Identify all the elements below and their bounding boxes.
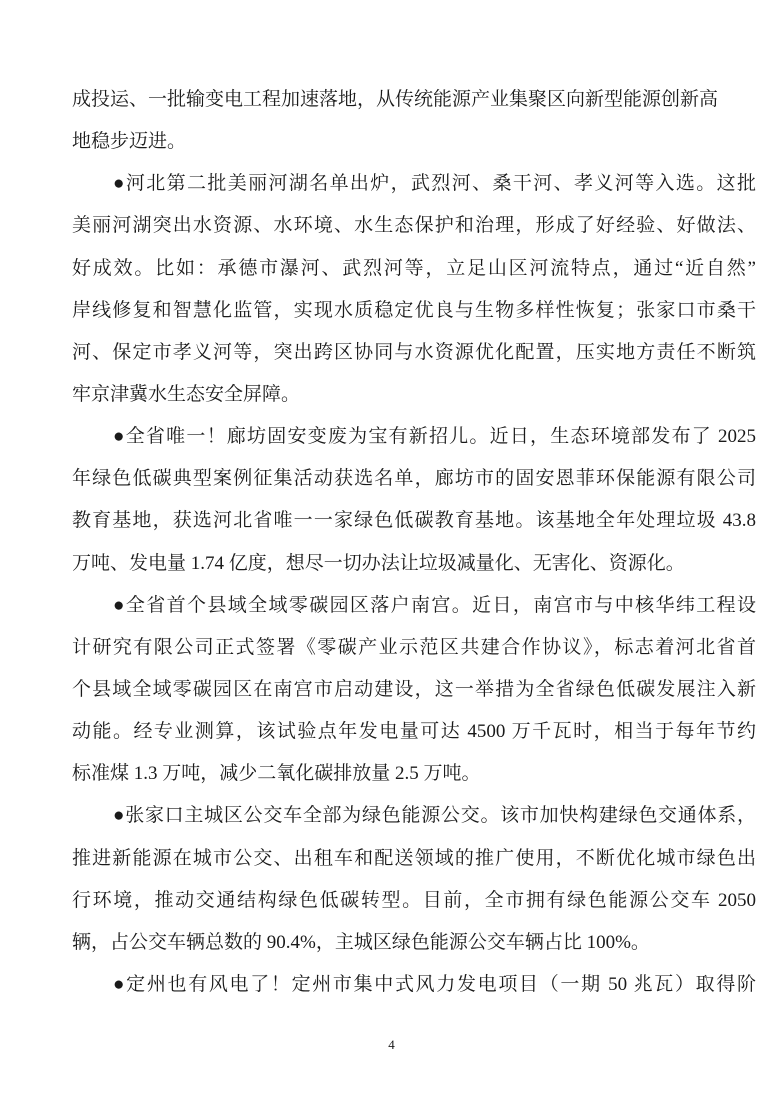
text-line: 动能。经专业测算，该试验点年发电量可达 4500 万千瓦时，相当于每年节约 xyxy=(72,711,756,753)
text-line: 好成效。比如：承德市瀑河、武烈河等，立足山区河流特点，通过“近自然” xyxy=(72,248,756,290)
page-body-text: 成投运、一批输变电工程加速落地，从传统能源产业集聚区向新型能源创新高地稳步迈进。… xyxy=(72,79,756,1006)
text-line: 牢京津冀水生态安全屏障。 xyxy=(72,374,756,416)
text-line: 计研究有限公司正式签署《零碳产业示范区共建合作协议》，标志着河北省首 xyxy=(72,627,756,669)
text-line: 个县域全域零碳园区在南宫市启动建设，这一举措为全省绿色低碳发展注入新 xyxy=(72,669,756,711)
text-line: ●全省首个县域全域零碳园区落户南宫。近日，南宫市与中核华纬工程设 xyxy=(72,585,756,627)
text-line: ●张家口主城区公交车全部为绿色能源公交。该市加快构建绿色交通体系， xyxy=(72,795,756,837)
text-line: 推进新能源在城市公交、出租车和配送领域的推广使用，不断优化城市绿色出 xyxy=(72,838,756,880)
text-line: 标准煤 1.3 万吨，减少二氧化碳排放量 2.5 万吨。 xyxy=(72,753,756,795)
text-line: 行环境，推动交通结构绿色低碳转型。目前，全市拥有绿色能源公交车 2050 xyxy=(72,880,756,922)
page-number: 4 xyxy=(0,1036,783,1054)
text-line: 万吨、发电量 1.74 亿度，想尽一切办法让垃圾减量化、无害化、资源化。 xyxy=(72,543,756,585)
text-line: ●全省唯一！廊坊固安变废为宝有新招儿。近日，生态环境部发布了 2025 xyxy=(72,416,756,458)
text-line: 辆，占公交车辆总数的 90.4%，主城区绿色能源公交车辆占比 100%。 xyxy=(72,922,756,964)
text-line: 地稳步迈进。 xyxy=(72,121,756,163)
text-line: ●定州也有风电了！定州市集中式风力发电项目（一期 50 兆瓦）取得阶 xyxy=(72,964,756,1006)
document-page: 成投运、一批输变电工程加速落地，从传统能源产业集聚区向新型能源创新高地稳步迈进。… xyxy=(0,0,783,1111)
text-line: 年绿色低碳典型案例征集活动获选名单，廊坊市的固安恩菲环保能源有限公司 xyxy=(72,458,756,500)
text-line: 岸线修复和智慧化监管，实现水质稳定优良与生物多样性恢复；张家口市桑干 xyxy=(72,290,756,332)
text-line: 成投运、一批输变电工程加速落地，从传统能源产业集聚区向新型能源创新高 xyxy=(72,79,756,121)
text-line: 教育基地，获选河北省唯一一家绿色低碳教育基地。该基地全年处理垃圾 43.8 xyxy=(72,500,756,542)
text-line: ●河北第二批美丽河湖名单出炉，武烈河、桑干河、孝义河等入选。这批 xyxy=(72,163,756,205)
text-line: 美丽河湖突出水资源、水环境、水生态保护和治理，形成了好经验、好做法、 xyxy=(72,205,756,247)
text-line: 河、保定市孝义河等，突出跨区协同与水资源优化配置，压实地方责任不断筑 xyxy=(72,332,756,374)
